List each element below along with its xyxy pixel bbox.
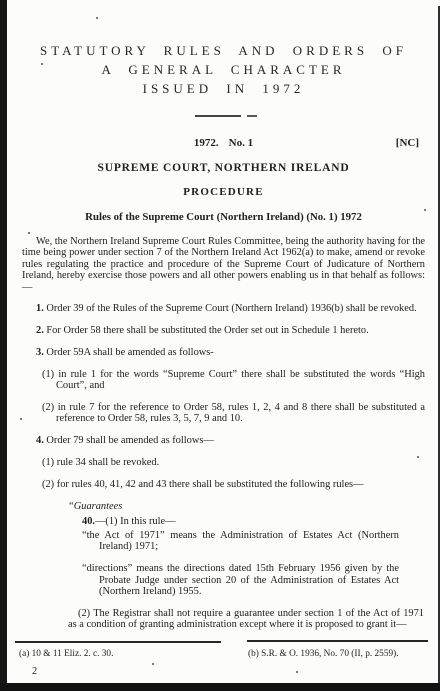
docket-line: 1972.No. 1 [NC] (22, 137, 425, 149)
footnote-rule-left (15, 641, 221, 643)
quoted-rules-block: “Guarantees 40.—(1) In this rule— “the A… (68, 501, 424, 631)
masthead-line-1: STATUTORY RULES AND ORDERS OF (22, 41, 425, 60)
footnote-a: (a) 10 & 11 Eliz. 2. c. 30. (19, 649, 113, 659)
docket-year: 1972. (194, 137, 219, 149)
clause-1: 1. Order 39 of the Rules of the Supreme … (22, 303, 425, 314)
clause-4-number: 4. (36, 435, 44, 446)
clause-2-number: 2. (36, 325, 44, 336)
subclause-text: for rules 40, 41, 42 and 43 there shall … (57, 479, 364, 490)
rule-40-number: 40. (82, 516, 95, 527)
page-content: STATUTORY RULES AND ORDERS OF A GENERAL … (22, 0, 425, 677)
docket-tag: [NC] (396, 137, 419, 149)
page-number: 2 (32, 666, 428, 677)
rule-40-paragraph-2: (2) The Registrar shall not require a gu… (68, 608, 424, 631)
clause-3-number: 3. (36, 347, 44, 358)
clause-1-number: 1. (36, 303, 44, 314)
subclause-number: (2) (42, 479, 54, 490)
quoted-rule-40-intro: 40.—(1) In this rule— (68, 516, 424, 527)
section-divider-rule (195, 115, 241, 117)
clause-2-text: For Order 58 there shall be substituted … (46, 325, 368, 336)
clause-3-sub-1: (1) in rule 1 for the words “Supreme Cou… (22, 369, 425, 392)
subclause-number: (1) (42, 369, 54, 380)
subclause-number: (2) (42, 402, 54, 413)
footnote-separator (15, 641, 428, 643)
document-title: Rules of the Supreme Court (Northern Ire… (22, 211, 425, 223)
docket-number: No. 1 (229, 137, 253, 149)
footnote-row: (a) 10 & 11 Eliz. 2. c. 30. (b) S.R. & O… (15, 649, 428, 661)
scan-edge-bottom (0, 683, 440, 691)
rule-40-intro-text: —(1) In this rule— (95, 516, 176, 527)
footnote-rule-right (247, 640, 428, 642)
definition-directions: “directions” means the directions dated … (82, 563, 399, 597)
scan-edge-left (0, 0, 7, 691)
subclause-text: rule 34 shall be revoked. (57, 457, 159, 468)
masthead-line-3: ISSUED IN 1972 (22, 79, 425, 98)
subclause-number: (1) (42, 457, 54, 468)
footnote-b: (b) S.R. & O. 1936, No. 70 (II, p. 2559)… (248, 649, 399, 659)
clause-4-sub-2: (2) for rules 40, 41, 42 and 43 there sh… (22, 479, 425, 490)
masthead-line-2: A GENERAL CHARACTER (22, 60, 425, 79)
scanned-document-page: STATUTORY RULES AND ORDERS OF A GENERAL … (0, 0, 440, 691)
footnotes-section: (a) 10 & 11 Eliz. 2. c. 30. (b) S.R. & O… (15, 641, 428, 677)
quoted-rule-heading: “Guarantees (68, 501, 424, 512)
clause-3: 3. Order 59A shall be amended as follows… (22, 347, 425, 358)
clause-3-text: Order 59A shall be amended as follows- (46, 347, 213, 358)
clause-1-text: Order 39 of the Rules of the Supreme Cou… (46, 303, 416, 314)
masthead: STATUTORY RULES AND ORDERS OF A GENERAL … (22, 41, 425, 98)
clause-4: 4. Order 79 shall be amended as follows— (22, 435, 425, 446)
heading-court: SUPREME COURT, NORTHERN IRELAND (22, 162, 425, 174)
clause-3-sub-2: (2) in rule 7 for the reference to Order… (22, 402, 425, 425)
clause-2: 2. For Order 58 there shall be substitut… (22, 325, 425, 336)
clause-4-text: Order 79 shall be amended as follows— (46, 435, 213, 446)
preamble-paragraph: We, the Northern Ireland Supreme Court R… (22, 236, 425, 293)
definition-act-of-1971: “the Act of 1971” means the Administrati… (82, 530, 399, 553)
clause-4-sub-1: (1) rule 34 shall be revoked. (22, 457, 425, 468)
heading-subject: PROCEDURE (22, 186, 425, 198)
subclause-text: in rule 7 for the reference to Order 58,… (56, 402, 425, 424)
subclause-text: in rule 1 for the words “Supreme Court” … (56, 369, 425, 391)
